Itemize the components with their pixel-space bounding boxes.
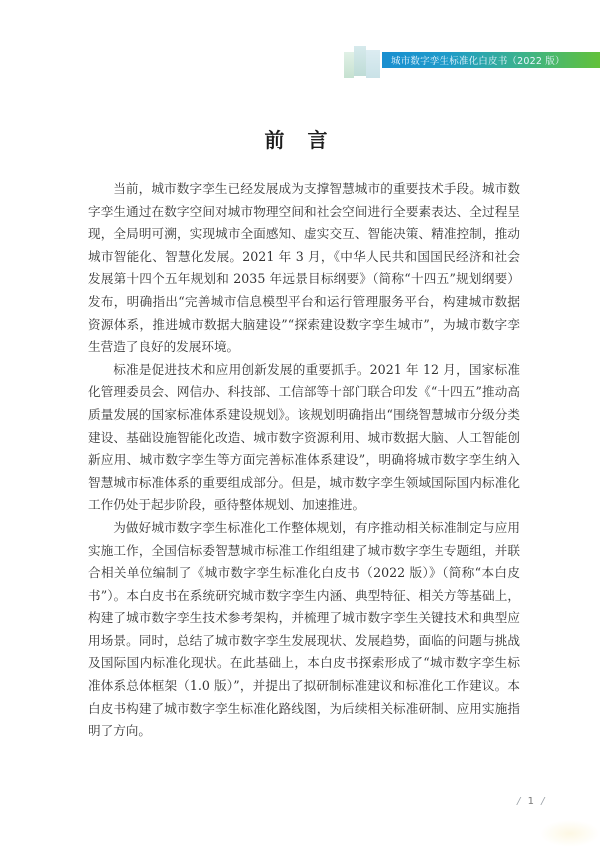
slash-mark: / — [517, 796, 522, 807]
corner-decoration — [540, 820, 600, 847]
paragraph: 为做好城市数字孪生标准化工作整体规划，有序推动相关标准制定与应用实施工作，全国信… — [88, 517, 520, 743]
page-title: 前 言 — [0, 124, 600, 153]
paragraph: 当前，城市数字孪生已经发展成为支撑智慧城市的重要技术手段。城市数字孪生通过在数字… — [88, 178, 520, 359]
building-shape-icon — [366, 50, 380, 78]
slash-mark: / — [541, 796, 546, 807]
page-number-value: 1 — [528, 796, 536, 807]
building-shape-icon — [344, 52, 354, 78]
document-running-title: 城市数字孪生标准化白皮书（2022 版） — [382, 53, 565, 67]
paragraph: 标准是促进技术和应用创新发展的重要抓手。2021 年 12 月，国家标准化管理委… — [88, 359, 520, 517]
page-number: / 1 / — [517, 796, 547, 807]
header-banner: 城市数字孪生标准化白皮书（2022 版） — [382, 52, 600, 68]
building-shape-icon — [354, 46, 366, 76]
header-decoration — [344, 44, 382, 78]
preface-body: 当前，城市数字孪生已经发展成为支撑智慧城市的重要技术手段。城市数字孪生通过在数字… — [88, 178, 520, 743]
